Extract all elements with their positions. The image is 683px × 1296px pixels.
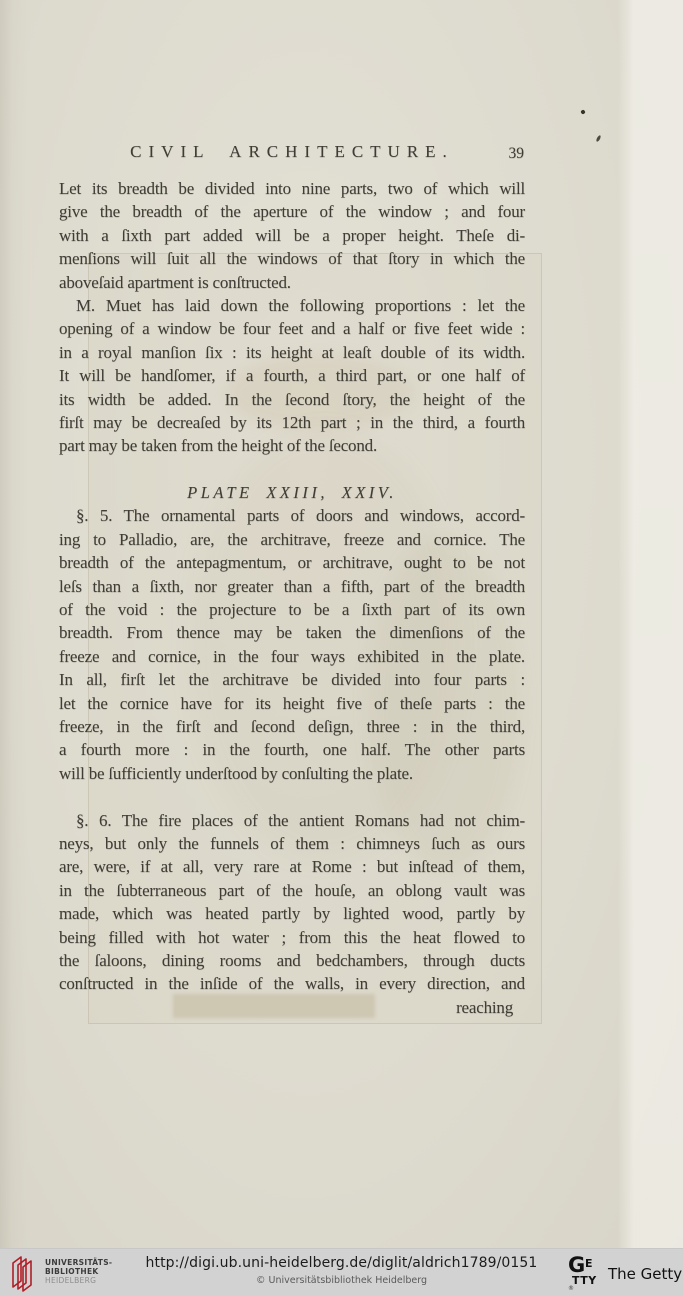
text-line: M. Muet has laid down the following prop… [59, 294, 525, 317]
text-line: with a ſixth part added will be a proper… [59, 224, 525, 247]
text-line: will be ſufficiently underſtood by conſu… [59, 762, 525, 785]
ink-fleck [580, 109, 585, 114]
text-line: breadth of the antepagmentum, or architr… [59, 551, 525, 574]
text-line: freeze, in the firſt and ſecond deſign, … [59, 715, 525, 738]
library-logo-text: UNIVERSITÄTS- BIBLIOTHEK HEIDELBERG [45, 1258, 112, 1285]
plate-heading: PLATE XXIII, XXIV. [59, 481, 525, 504]
footer-bar: UNIVERSITÄTS- BIBLIOTHEK HEIDELBERG http… [0, 1248, 683, 1296]
ink-fleck [596, 135, 602, 143]
text-line: freeze and cornice, in the four ways exh… [59, 645, 525, 668]
digitization-url: http://digi.ub.uni-heidelberg.de/diglit/… [110, 1255, 573, 1271]
text-line: the ſaloons, dining rooms and bedchamber… [59, 949, 525, 972]
text-line: let the cornice have for its height five… [59, 692, 525, 715]
text-line: leſs than a ſixth, nor greater than a fi… [59, 575, 525, 598]
page-number: 39 [509, 145, 525, 163]
catchword: reaching [59, 996, 525, 1019]
text-block: Let its breadth be divided into nine par… [59, 177, 525, 1019]
text-line: in the ſubterraneous part of the houſe, … [59, 879, 525, 902]
getty-registered-mark: ® [568, 1285, 574, 1292]
stacked-books-icon [10, 1254, 42, 1292]
library-logo-line1: UNIVERSITÄTS- [45, 1258, 112, 1267]
copyright-notice: © Universitätsbibliothek Heidelberg [110, 1275, 573, 1286]
text-line: firſt may be decreaſed by its 12th part … [59, 411, 525, 434]
text-line: part may be taken from the height of the… [59, 434, 525, 457]
getty-logo-icon: G E TTY [568, 1254, 604, 1288]
text-line: its width be added. In the ſecond ſtory,… [59, 388, 525, 411]
text-line: aboveſaid apartment is conſtructed. [59, 271, 525, 294]
svg-text:E: E [585, 1257, 593, 1270]
running-head: CIVIL ARCHITECTURE. 39 [59, 141, 525, 163]
svg-text:TTY: TTY [572, 1274, 597, 1287]
library-logo-line3: HEIDELBERG [45, 1276, 112, 1285]
scanned-page: CIVIL ARCHITECTURE. 39 Let its breadth b… [0, 0, 683, 1296]
text-line: opening of a window be four feet and a h… [59, 317, 525, 340]
text-line: give the breadth of the aperture of the … [59, 200, 525, 223]
blank-line [59, 458, 525, 481]
text-line: §. 5. The ornamental parts of doors and … [59, 504, 525, 527]
blank-line [59, 785, 525, 808]
text-line: conſtructed in the inſide of the walls, … [59, 972, 525, 995]
text-line: Let its breadth be divided into nine par… [59, 177, 525, 200]
text-line: In all, firſt let the architrave be divi… [59, 668, 525, 691]
library-logo-line2: BIBLIOTHEK [45, 1267, 112, 1276]
text-line: of the void : the projecture to be a ſix… [59, 598, 525, 621]
text-line: §. 6. The fire places of the antient Rom… [59, 809, 525, 832]
text-line: made, which was heated partly by lighted… [59, 902, 525, 925]
text-line: neys, but only the funnels of them : chi… [59, 832, 525, 855]
chapter-title: CIVIL ARCHITECTURE. [59, 141, 525, 163]
text-line: It will be handſomer, if a fourth, a thi… [59, 364, 525, 387]
text-line: ing to Palladio, are, the architrave, fr… [59, 528, 525, 551]
text-line: breadth. From thence may be taken the di… [59, 621, 525, 644]
text-line: being filled with hot water ; from this … [59, 926, 525, 949]
getty-label: The Getty [608, 1265, 682, 1283]
text-line: menſions will ſuit all the windows of th… [59, 247, 525, 270]
text-line: are, were, if at all, very rare at Rome … [59, 855, 525, 878]
text-line: in a royal manſion ſix : its height at l… [59, 341, 525, 364]
text-line: a fourth more : in the fourth, one half.… [59, 738, 525, 761]
footer-center: http://digi.ub.uni-heidelberg.de/diglit/… [110, 1255, 573, 1286]
